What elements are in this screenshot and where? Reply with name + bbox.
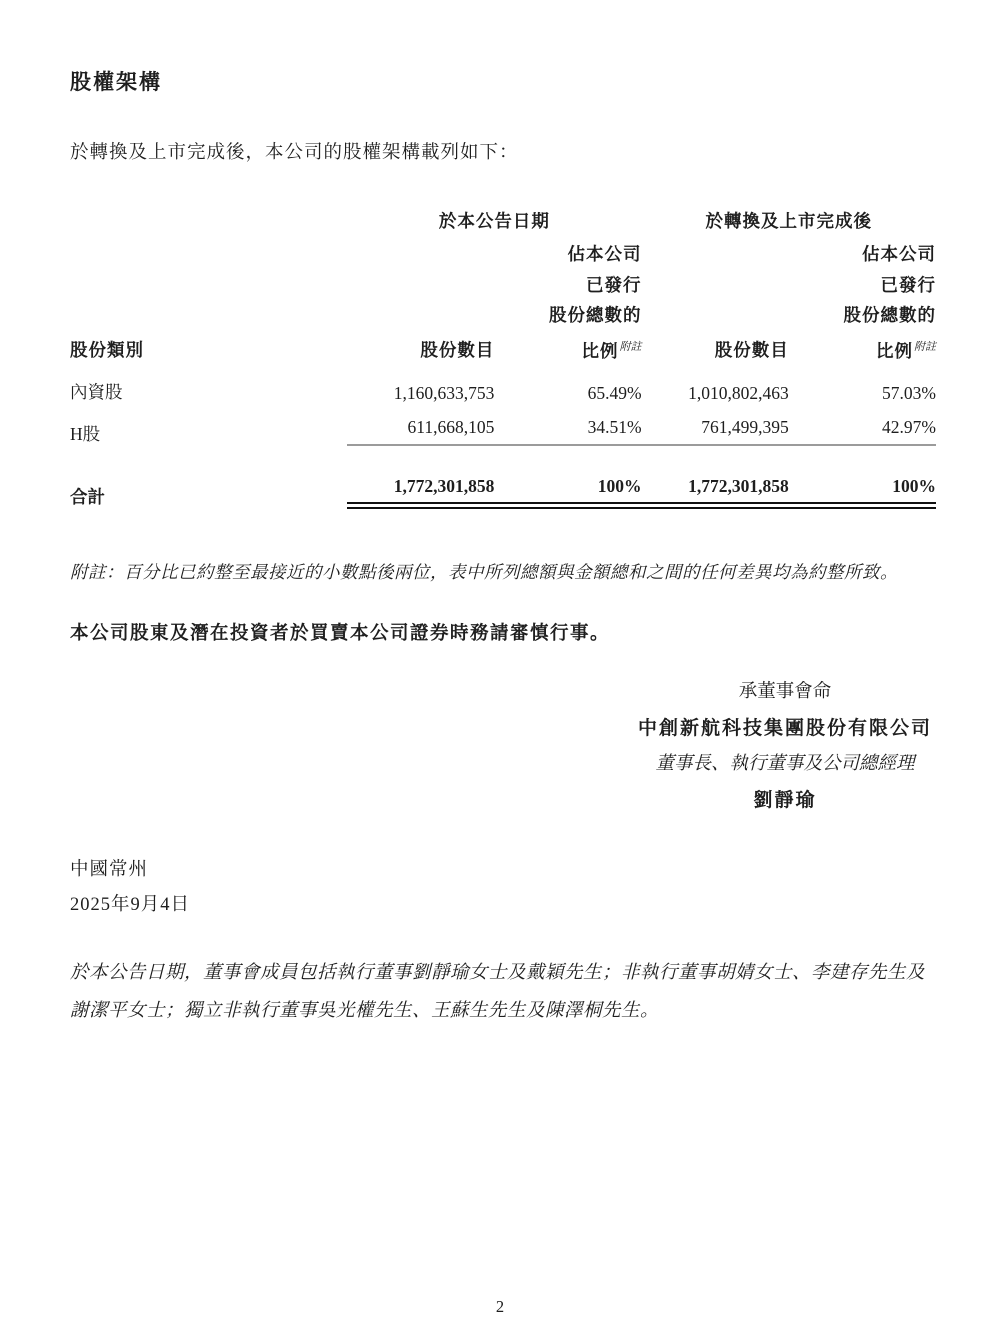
count-now: 1,160,633,753: [347, 366, 494, 404]
share-class-header: 股份類別: [70, 331, 347, 367]
pct-header-row: 股份總數的 股份總數的: [70, 300, 936, 331]
double-rule: [494, 502, 641, 509]
share-count-header: 股份數目: [347, 331, 494, 367]
col-group-as-of-announcement: 於本公告日期: [347, 208, 641, 239]
count-after: 761,499,395: [642, 417, 789, 446]
double-rule: [789, 502, 936, 509]
place-date-block: 中國常州 2025年9月4日: [70, 853, 936, 921]
column-header-row: 股份類別 股份數目 比例附註 股份數目 比例附註: [70, 331, 936, 367]
pct-header: 比例附註: [494, 331, 641, 367]
pct-now: 34.51%: [494, 417, 641, 446]
pct-after: 42.97%: [789, 417, 936, 446]
row-label: H股: [70, 404, 347, 446]
signature-block: 承董事會命 中創新航科技集團股份有限公司 董事長、執行董事及公司總經理 劉靜瑜: [638, 675, 932, 819]
pct-header-row: 已發行 已發行: [70, 270, 936, 301]
count-now: 611,668,105: [347, 417, 494, 446]
pct-header-line: 已發行: [789, 270, 936, 301]
total-label: 合計: [70, 476, 347, 509]
col-group-after-completion: 於轉換及上市完成後: [642, 208, 936, 239]
table-group-header-row: 於本公告日期 於轉換及上市完成後: [70, 208, 936, 239]
signatory-title: 董事長、執行董事及公司總經理: [638, 747, 932, 783]
place-line: 中國常州: [70, 853, 936, 887]
company-name: 中創新航科技集團股份有限公司: [638, 711, 932, 747]
double-rule: [347, 502, 494, 509]
by-order-line: 承董事會命: [638, 675, 932, 711]
footnote-ref: 附註: [620, 341, 642, 353]
date-line: 2025年9月4日: [70, 888, 936, 922]
pct-header-line: 股份總數的: [789, 300, 936, 331]
share-count-header: 股份數目: [642, 331, 789, 367]
total-pct-after: 100%: [789, 476, 936, 497]
board-composition-note: 於本公告日期，董事會成員包括執行董事劉靜瑜女士及戴穎先生；非執行董事胡婧女士、李…: [70, 954, 936, 1031]
pct-header-row: 佔本公司 佔本公司: [70, 239, 936, 270]
row-label: 內資股: [70, 366, 347, 404]
pct-after: 57.03%: [789, 366, 936, 404]
footnote: 附註：百分比已約整至最接近的小數點後兩位，表中所列總額與金額總和之間的任何差異均…: [70, 557, 936, 588]
footnote-ref: 附註: [914, 341, 936, 353]
section-heading: 股權架構: [70, 66, 936, 96]
total-count-now: 1,772,301,858: [347, 476, 494, 497]
table-spacer-row: [70, 446, 936, 476]
caution-statement: 本公司股東及潛在投資者於買賣本公司證券時務請審慎行事。: [70, 619, 936, 645]
pct-header: 比例附註: [789, 331, 936, 367]
pct-header-line: 佔本公司: [494, 239, 641, 270]
pct-header-line: 佔本公司: [789, 239, 936, 270]
page-number: 2: [0, 1297, 1000, 1317]
table-row-domestic-shares: 內資股 1,160,633,753 65.49% 1,010,802,463 5…: [70, 366, 936, 404]
total-pct-now: 100%: [494, 476, 641, 497]
intro-paragraph: 於轉換及上市完成後，本公司的股權架構載列如下：: [70, 138, 936, 164]
document-page: 股權架構 於轉換及上市完成後，本公司的股權架構載列如下： 於本公告日期 於轉換及…: [70, 66, 936, 1031]
double-rule: [642, 502, 789, 509]
pct-header-line: 股份總數的: [494, 300, 641, 331]
pct-now: 65.49%: [494, 366, 641, 404]
table-row-h-shares: H股 611,668,105 34.51% 761,499,395 42.97%: [70, 404, 936, 446]
table-row-total: 合計 1,772,301,858 100% 1,772,301,858 100%: [70, 476, 936, 509]
share-structure-table: 於本公告日期 於轉換及上市完成後 佔本公司 佔本公司 已發行 已發行 股份總數的…: [70, 208, 936, 509]
signatory-name: 劉靜瑜: [638, 783, 932, 819]
pct-header-line: 已發行: [494, 270, 641, 301]
count-after: 1,010,802,463: [642, 366, 789, 404]
total-count-after: 1,772,301,858: [642, 476, 789, 497]
